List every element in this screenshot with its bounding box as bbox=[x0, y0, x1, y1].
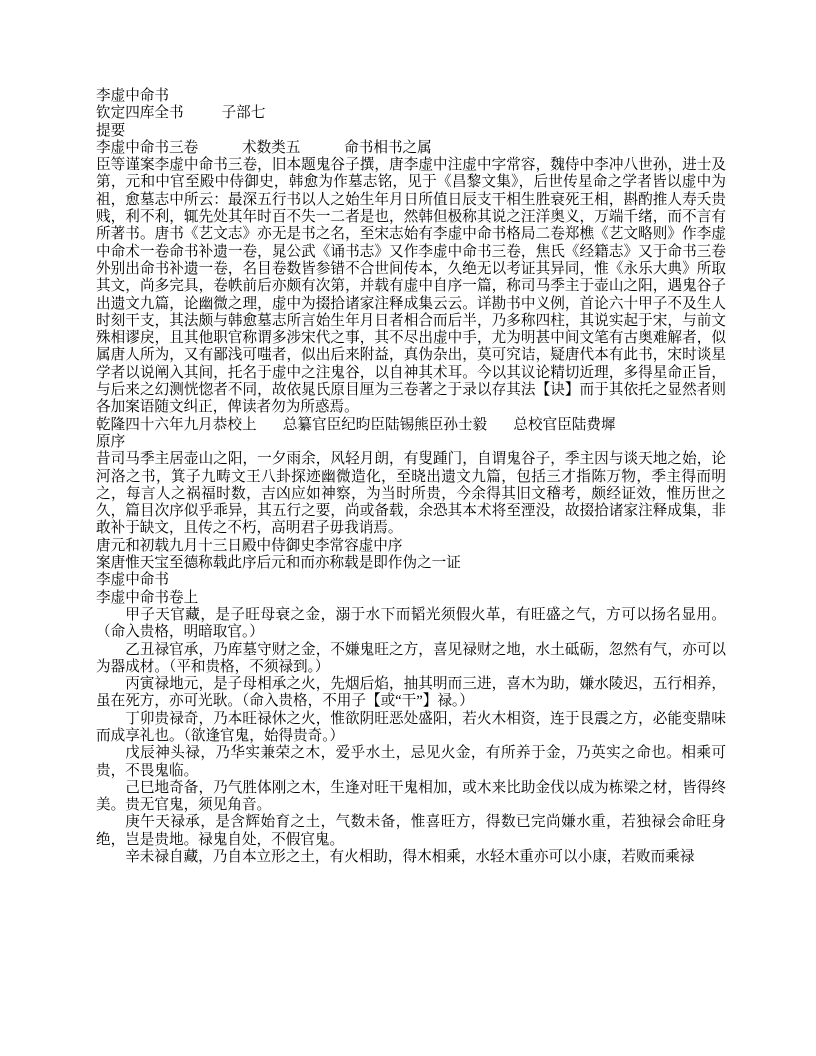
entry-paragraph: 庚午天禄承，是含辉始育之土，气数未备，惟喜旺方，得数已完尚嫌水重，若独禄会命旺身… bbox=[96, 814, 726, 849]
part-label: 子部七 bbox=[222, 105, 266, 121]
entry-paragraph: 丙寅禄地元，是子母相承之火，先烟后焰，抽其明而三进，喜木为助，嫌水陵迟，五行相养… bbox=[96, 676, 726, 711]
subtitle-line: 李虚中命书三卷术数类五命书相书之属 bbox=[96, 140, 726, 157]
colophon-date: 乾隆四十六年九月恭校上 bbox=[96, 417, 257, 433]
colophon-proofreader: 总校官臣陆费墀 bbox=[513, 417, 615, 433]
subtitle: 李虚中命书三卷 bbox=[96, 140, 198, 156]
collection-line: 钦定四库全书子部七 bbox=[96, 105, 726, 122]
entry-paragraph: 辛未禄自藏，乃自本立形之土，有火相助，得木相乘，水轻木重亦可以小康，若败而乘禄 bbox=[96, 849, 726, 866]
colophon-line: 乾隆四十六年九月恭校上总纂官臣纪昀臣陆锡熊臣孙士毅总校官臣陆费墀 bbox=[96, 417, 726, 434]
subcategory-label: 命书相书之属 bbox=[344, 140, 432, 156]
book-title: 李虚中命书 bbox=[96, 572, 726, 589]
entry-paragraph: 甲子天官藏，是子旺母衰之金，溺于水下而韬光须假火革，有旺盛之气，方可以扬名显用。… bbox=[96, 607, 726, 642]
entry-paragraph: 丁卯贵禄奇，乃本旺禄休之火，惟欲阴旺恶处盛阳，若火木相资，连于艮震之方，必能变鼎… bbox=[96, 711, 726, 746]
collection-title: 钦定四库全书 bbox=[96, 105, 184, 121]
entry-paragraph: 戊辰神头禄，乃华实兼荣之木，爱乎水土，忌见火金，有所养于金，乃英实之命也。相乘可… bbox=[96, 745, 726, 780]
colophon-compilers: 总纂官臣纪昀臣陆锡熊臣孙士毅 bbox=[283, 417, 487, 433]
summary-heading: 提要 bbox=[96, 123, 726, 140]
volume-heading: 李虚中命书卷上 bbox=[96, 590, 726, 607]
preface-heading: 原序 bbox=[96, 434, 726, 451]
doc-title: 李虚中命书 bbox=[96, 88, 726, 105]
document-page: 李虚中命书 钦定四库全书子部七 提要 李虚中命书三卷术数类五命书相书之属 臣等谨… bbox=[0, 0, 816, 1056]
preface-signature: 唐元和初载九月十三日殿中侍御史李常容虚中序 bbox=[96, 538, 726, 555]
entry-paragraph: 己巳地奇备，乃气胜体刚之木，生逢对旺干鬼相加，或木来比助金伐以成为栋梁之材，皆得… bbox=[96, 780, 726, 815]
category-label: 术数类五 bbox=[242, 140, 300, 156]
abstract-paragraph: 臣等谨案李虚中命书三卷，旧本题鬼谷子撰，唐李虚中注虚中字常容，魏侍中李冲八世孙，… bbox=[96, 157, 726, 416]
entry-paragraph: 乙丑禄官承，乃库墓守财之金，不嫌鬼旺之方，喜见禄财之地，水土砥砺，忽然有气，亦可… bbox=[96, 642, 726, 677]
preface-paragraph: 昔司马季主居壶山之阳，一夕雨余，风轻月朗，有叟踵门，自谓鬼谷子，季主因与谈天地之… bbox=[96, 451, 726, 537]
case-note: 案唐惟天宝至德称载此序后元和而亦称载是即作伪之一证 bbox=[96, 555, 726, 572]
